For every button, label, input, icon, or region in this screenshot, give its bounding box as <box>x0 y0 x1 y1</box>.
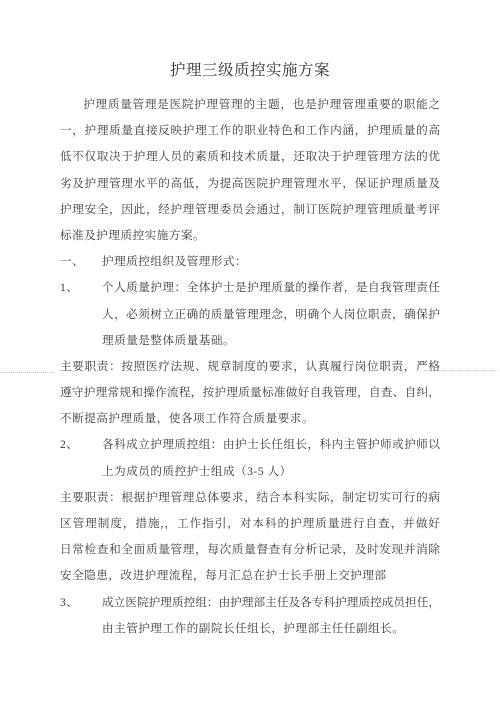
list-item-3-marker: 3、 <box>60 590 78 616</box>
intro-paragraph-line: 劣及护理管理水平的高低，为提高医院护理管理水平，保证护理质量及 <box>60 171 440 197</box>
list-item-3-first-line: 3、 成立医院护理质控组：由护理部主任及各专科护理质控成员担任， <box>60 590 440 616</box>
document-page: 护理三级质控实施方案 护理质量管理是医院护理管理的主题，也是护理管理重要的职能之… <box>0 0 500 708</box>
list-item-1-first-line: 1、 个人质量护理：全体护士是护理质量的操作者，是自我管理责任 <box>60 275 440 301</box>
duty-paragraph-2-line: 安全隐患，改进护理流程，每月汇总在护士长手册上交护理部 <box>60 563 440 589</box>
document-title: 护理三级质控实施方案 <box>60 58 440 84</box>
document-content: 护理三级质控实施方案 护理质量管理是医院护理管理的主题，也是护理管理重要的职能之… <box>60 58 440 642</box>
intro-paragraph-line: 低不仅取决于护理人员的素质和技术质量，还取决于护理管理方法的优 <box>60 144 440 170</box>
list-item-2-marker: 2、 <box>60 432 78 458</box>
intro-paragraph-line: 标准及护理质控实施方案。 <box>60 223 440 249</box>
duty-paragraph-2-line: 日常检查和全面质量管理，每次质量督查有分析记录，及时发现并消除 <box>60 537 440 563</box>
intro-paragraph-line: 护理质量管理是医院护理管理的主题，也是护理管理重要的职能之 <box>60 92 440 118</box>
scan-artifact-left <box>0 372 54 373</box>
list-item-2-line: 上为成员的质控护士组成（3-5 人） <box>102 459 440 485</box>
list-item-3-text: 成立医院护理质控组：由护理部主任及各专科护理质控成员担任， <box>102 590 440 616</box>
duty-paragraph-1-line: 不断提高护理质量，使各项工作符合质量要求。 <box>60 406 440 432</box>
list-item-2-first-line: 2、 各科成立护理质控组：由护士长任组长，科内主管护师或护师以 <box>60 432 440 458</box>
section-heading-marker: 一、 <box>60 249 84 275</box>
section-heading-text: 护理质控组织及管理形式： <box>102 249 440 275</box>
duty-paragraph-1-line: 主要职责：按照医疗法规、规章制度的要求，认真履行岗位职责，严格 <box>60 354 440 380</box>
list-item-2-text: 各科成立护理质控组：由护士长任组长，科内主管护师或护师以 <box>102 432 440 458</box>
duty-paragraph-1-line: 遵守护理常规和操作流程，按护理质量标准做好自我管理，自查、自纠， <box>60 380 440 406</box>
intro-paragraph-line: 一，护理质量直接反映护理工作的职业特色和工作内涵，护理质量的高 <box>60 118 440 144</box>
section-heading: 一、 护理质控组织及管理形式： <box>60 249 440 275</box>
list-item-1-marker: 1、 <box>60 275 78 301</box>
scan-artifact-right <box>424 370 498 371</box>
duty-paragraph-2-line: 主要职责：根据护理管理总体要求，结合本科实际，制定切实可行的病 <box>60 485 440 511</box>
intro-paragraph-line: 护理安全，因此，经护理管理委员会通过，制订医院护理管理质量考评 <box>60 197 440 223</box>
list-item-3-line: 由主管护理工作的副院长任组长，护理部主任任副组长。 <box>102 616 440 642</box>
list-item-1-line: 理质量是整体质量基础。 <box>102 328 440 354</box>
list-item-1-text: 个人质量护理：全体护士是护理质量的操作者，是自我管理责任 <box>102 275 440 301</box>
list-item-1-line: 人，必须树立正确的质量管理理念，明确个人岗位职责，确保护 <box>102 302 440 328</box>
duty-paragraph-2-line: 区管理制度，措施,，工作指引，对本科的护理质量进行自查，并做好 <box>60 511 440 537</box>
